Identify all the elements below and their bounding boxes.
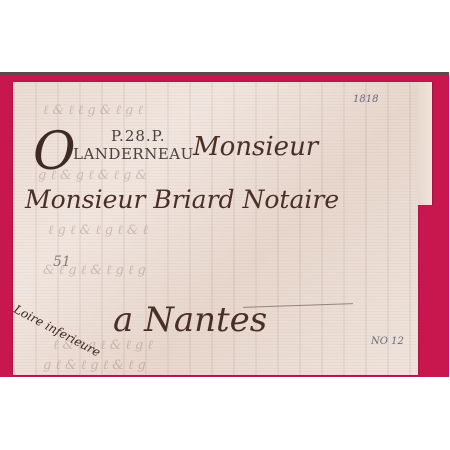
address-destination: a Nantes (113, 300, 267, 340)
ink-bleed-through: g ℓ & ℓ g ℓ & ℓ g (43, 357, 146, 373)
top-edge-bar (0, 72, 449, 75)
letter-photograph: ℓ & ℓ ℓ g & ℓ g ℓ g ℓ & g ℓ & ℓ g & ℓ g … (0, 72, 449, 377)
rate-annotation: 51 (53, 254, 71, 270)
salutation-initial: O (33, 122, 76, 182)
ink-bleed-through: ℓ & ℓ ℓ g & ℓ g ℓ (43, 102, 143, 118)
letter-fold-flap (418, 82, 432, 205)
address-line-2: Monsieur Briard Notaire (25, 185, 339, 214)
folded-letter: ℓ & ℓ ℓ g & ℓ g ℓ g ℓ & g ℓ & ℓ g & ℓ g … (13, 82, 418, 375)
ink-bleed-through: ℓ g ℓ & ℓ g ℓ & ℓ (48, 222, 148, 238)
pencil-reference: NO 12 (371, 336, 404, 347)
postmark-town: LANDERNEAU (73, 145, 194, 163)
address-line-1: Monsieur (193, 132, 318, 162)
postmark-number: P.28.P. (111, 127, 166, 145)
pencil-date: 1818 (353, 94, 378, 105)
